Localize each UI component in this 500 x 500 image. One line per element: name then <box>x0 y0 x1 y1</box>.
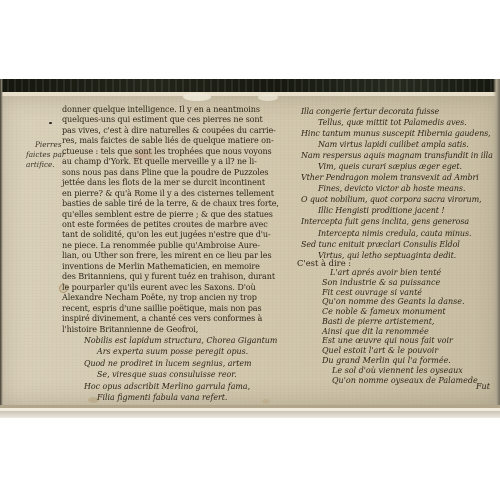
page-left-edge <box>0 79 3 405</box>
latin-verse-line: Se, viresque suas consuluisse reor. <box>84 369 289 380</box>
margin-note-line: faictes par <box>26 150 66 160</box>
left-column-prose: donner quelque intelligence. Il y en a n… <box>62 104 292 334</box>
margin-note: Pierres faictes par artifice. <box>26 140 66 171</box>
latin-verse-line: Intercepta fuit gens inclita, gens gener… <box>301 216 498 227</box>
prose-line: des Britanniens, qui y furent tuéz en tr… <box>62 271 292 281</box>
prose-line: pas vives, c'est à dire naturelles & cou… <box>62 125 292 135</box>
prose-line: qu'elles semblent estre de pierre ; & qu… <box>62 209 292 219</box>
prose-line: tant de solidité, qu'on les eut jugées n… <box>62 229 292 239</box>
prose-line: inspiré divinement, a chanté ces vers co… <box>62 313 292 323</box>
french-verse-line: Fit cest ouvrage si vanté <box>322 288 492 298</box>
book-page-photo: Pierres faictes par artifice. donner que… <box>0 79 500 418</box>
french-verse-line: Est une œuvre qui nous fait voir <box>322 336 492 346</box>
prose-line: en pierre? & qu'à Rome il y a des cister… <box>62 188 292 198</box>
latin-verse-line: Intercepta nimis credula, cauta minus. <box>301 228 498 239</box>
latin-verse-line: O quot nobilium, quot corpora sacra viro… <box>301 194 498 205</box>
french-verse-line: Du grand Merlin qui l'a formée. <box>322 356 492 366</box>
frame-top-band <box>0 79 500 92</box>
prose-line: ctueuse : tels que sont les trophées que… <box>62 146 292 156</box>
french-verse-line: Basti de pierre artistement, <box>322 317 492 327</box>
latin-verse-line: Hoc opus adscribit Merlino garrula fama, <box>84 381 289 392</box>
prose-line: quelques-uns qui estiment que ces pierre… <box>62 114 292 124</box>
prose-line: donner quelque intelligence. Il y en a n… <box>62 104 292 114</box>
prose-line: recent, espris d'une saillie poëtique, m… <box>62 303 292 313</box>
latin-verse-line: Vther Pendragon molem transvexit ad Ambr… <box>301 172 498 183</box>
french-verse-line: Son industrie & sa puissance <box>322 278 492 288</box>
prose-line: inventions de Merlin Mathematicien, en m… <box>62 261 292 271</box>
right-column-latin-verse: Illa congerie fertur decorata fuisse Tel… <box>301 106 498 261</box>
margin-note-line: Pierres <box>26 140 66 150</box>
prose-line: le pourparler qu'ils eurent avec les Sax… <box>62 282 292 292</box>
closing-line: Le sol d'où viennent les oyseaux <box>332 366 478 376</box>
french-verse-line: Ainsi que dit la renommée <box>322 327 492 337</box>
prose-line: Alexandre Necham Poëte, ny trop ancien n… <box>62 292 292 302</box>
prose-line: sons nous pas dans Pline que la poudre d… <box>62 167 292 177</box>
catchword: Fut <box>476 382 490 391</box>
french-verse-line: Quel estoit l'art & le pouvoir <box>322 346 492 356</box>
latin-verse-line: Tellus, quæ mittit tot Palamedis aves. <box>301 117 498 128</box>
closing-couplet: Le sol d'où viennent les oyseaux Qu'on n… <box>332 366 478 386</box>
prose-line: basties de sable tiré de la terre, & de … <box>62 198 292 208</box>
left-column-latin-verse: Nobilis est lapidum structura, Chorea Gi… <box>84 335 289 403</box>
prose-line: au champ d'York. Et quelle merveille y a… <box>62 156 292 166</box>
prose-line: res, mais faictes de sable liés de quelq… <box>62 135 292 145</box>
right-column-french-verse: L'art aprés avoir bien tenté Son industr… <box>322 268 492 366</box>
mount-bottom-band <box>0 411 500 418</box>
french-verse-line: L'art aprés avoir bien tenté <box>322 268 492 278</box>
latin-verse-line: Illic Hengisti proditione jacent ! <box>301 205 498 216</box>
latin-verse-line: Quod ne prodiret in lucem segnius, artem <box>84 358 289 369</box>
prose-line: ne piece. La renommée publie qu'Ambroise… <box>62 240 292 250</box>
prose-line: l'histoire Britannienne de Geofroi, <box>62 324 292 334</box>
latin-verse-line: Filia figmenti fabula vana refert. <box>84 392 289 403</box>
cest-a-dire-label: C'est à dire : <box>297 258 351 268</box>
latin-verse-line: Hinc tantum munus suscepit Hibernia gaud… <box>301 128 498 139</box>
prose-line: jettée dans les flots de la mer se durci… <box>62 177 292 187</box>
prose-line: ont este formées de petites croutes de m… <box>62 219 292 229</box>
latin-verse-line: Nam virtus lapidi cuilibet ampla satis. <box>301 139 498 150</box>
french-verse-line: Ce noble & fameux monument <box>322 307 492 317</box>
latin-verse-line: Nobilis est lapidum structura, Chorea Gi… <box>84 335 289 346</box>
margin-note-line: artifice. <box>26 160 66 170</box>
latin-verse-line: Illa congerie fertur decorata fuisse <box>301 106 498 117</box>
french-verse-line: Qu'on nomme des Geants la danse. <box>322 297 492 307</box>
latin-verse-line: Nam respersus aquis magnam transfundit i… <box>301 150 498 161</box>
latin-verse-line: Ars experta suum posse peregit opus. <box>84 346 289 357</box>
prose-line: lian, ou Uther son frere, les mirent en … <box>62 250 292 260</box>
closing-line: Qu'on nomme oyseaux de Palamede <box>332 376 478 386</box>
latin-verse-line: Vim, queis curari sæpius æger eget. <box>301 161 498 172</box>
latin-verse-line: Sed tunc enituit præclari Consulis Eldol <box>301 239 498 250</box>
latin-verse-line: Fines, devicto victor ab hoste means. <box>301 183 498 194</box>
